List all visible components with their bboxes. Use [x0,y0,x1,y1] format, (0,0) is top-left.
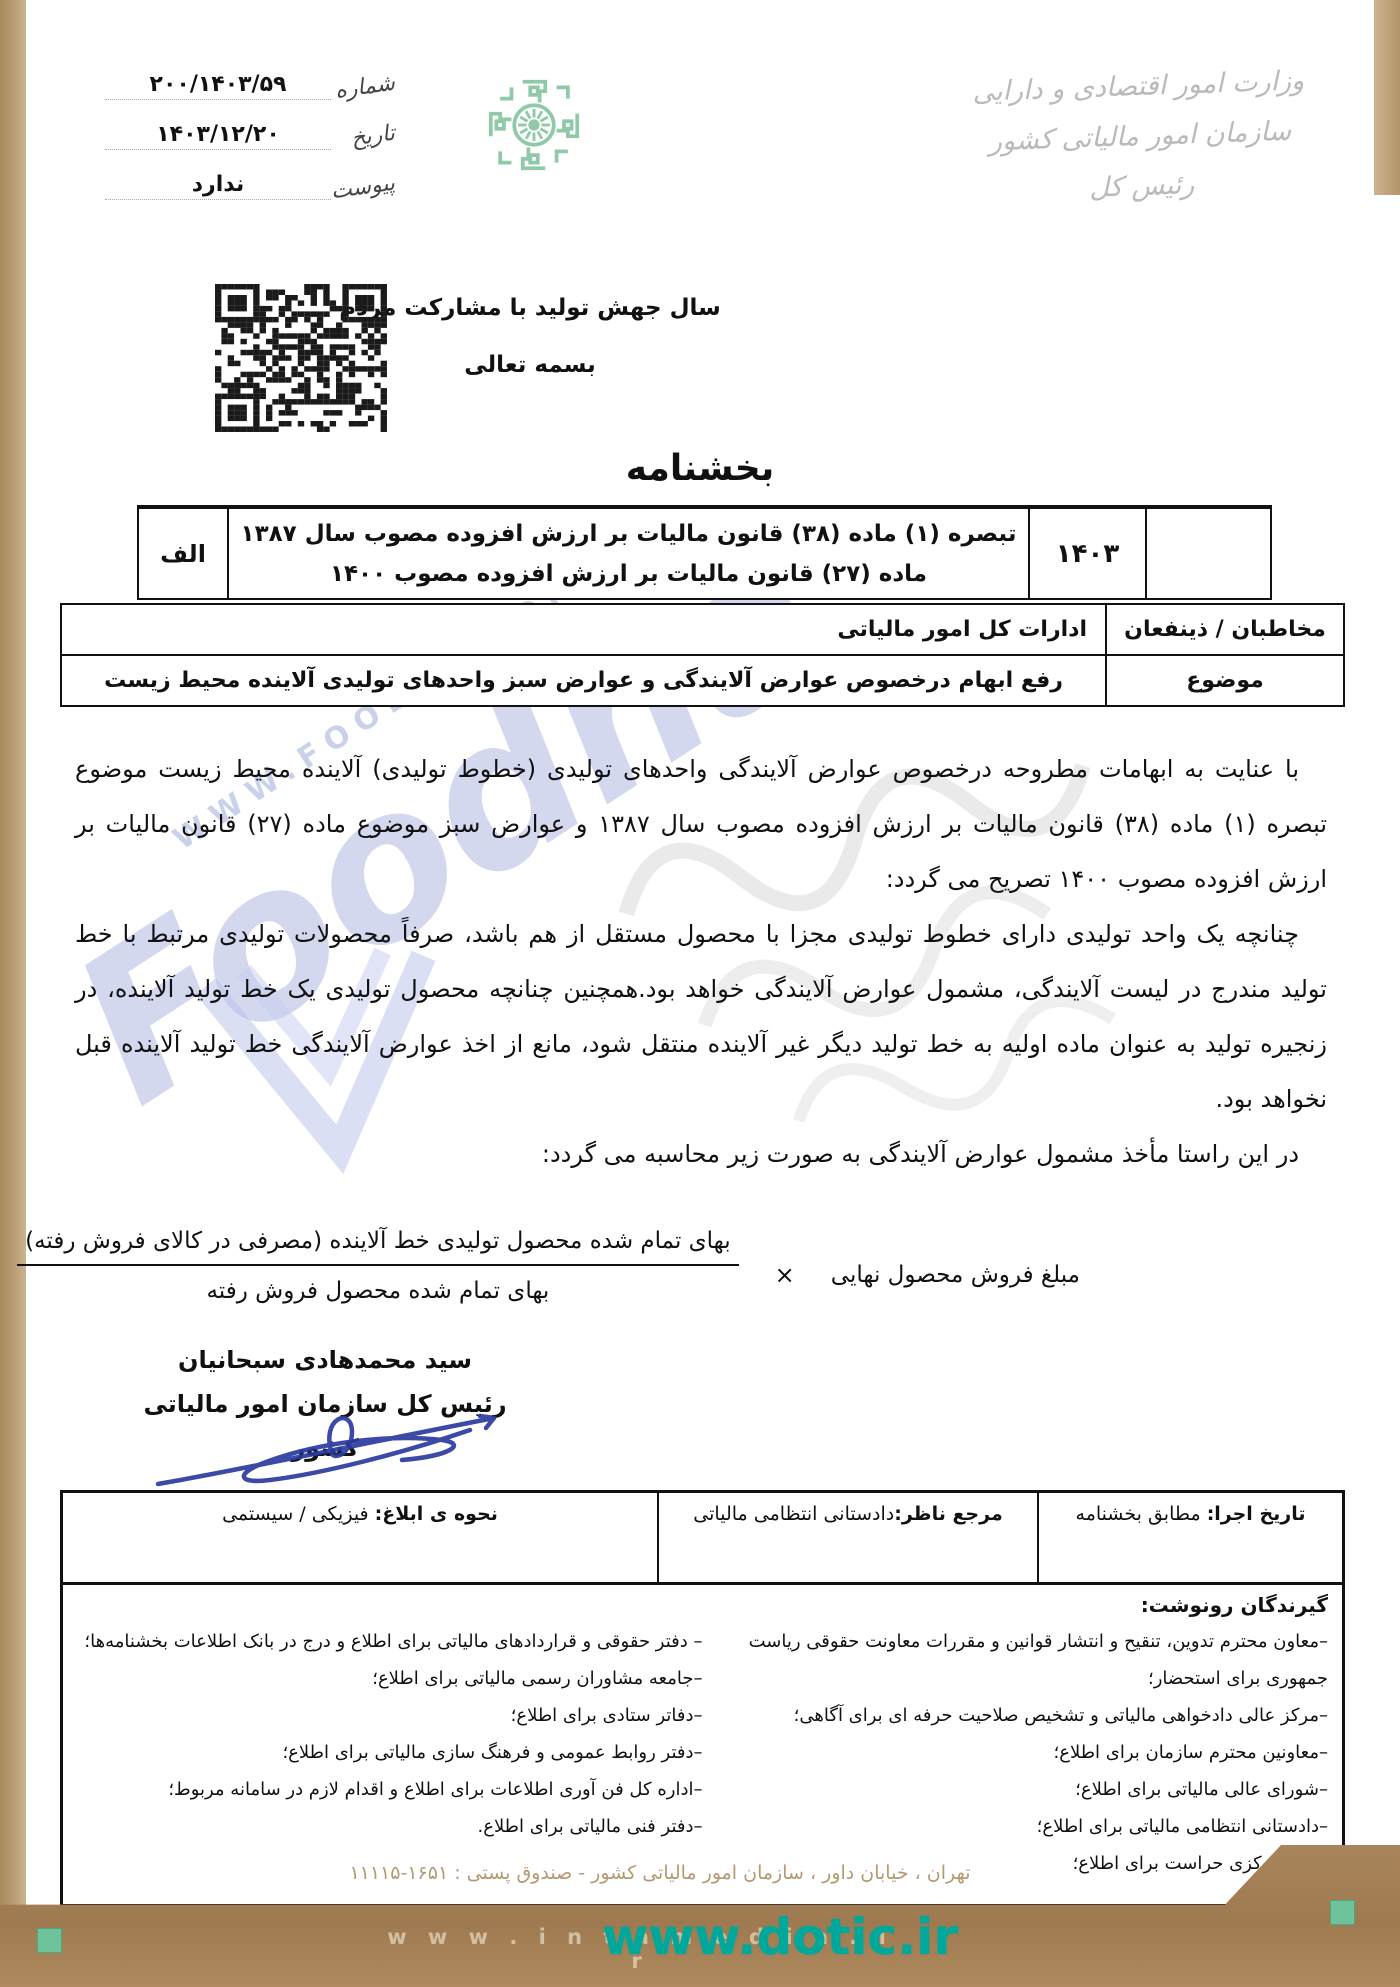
date-value: ۱۴۰۳/۱۲/۲۰ [105,122,331,150]
body-paragraph-2: چنانچه یک واحد تولیدی دارای خطوط تولیدی … [75,907,1327,1127]
date-row: تاریخ ۱۴۰۳/۱۲/۲۰ [105,122,395,150]
audience-row: مخاطبان / ذینفعان ادارات کل امور مالیاتی [62,605,1343,656]
meta-table: مخاطبان / ذینفعان ادارات کل امور مالیاتی… [60,603,1345,707]
notification-method-label: نحوه ی ابلاغ: [375,1503,498,1525]
formula-denominator: بهای تمام شده محصول فروش رفته [206,1266,549,1304]
document-title: بخشنامه [0,448,1400,489]
bismillah-text: بسمه تعالی [0,352,1060,378]
cc-section: گیرندگان رونوشت: –معاون محترم تدوین، تنق… [63,1585,1342,1904]
attachment-value: ندارد [105,172,331,200]
cc-item: –مرکز عالی دادخواهی مالیاتی و تشخیص صلاح… [703,1697,1329,1734]
number-row: شماره ۲۰۰/۱۴۰۳/۵۹ [105,72,395,100]
attachment-label: پیوست [330,171,397,205]
audience-value: ادارات کل امور مالیاتی [62,605,1105,654]
supervisor-cell: مرجع ناظر:دادستانی انتظامی مالیاتی [657,1493,1037,1582]
multiplication-sign: × [775,1243,795,1289]
execution-date-value: مطابق بخشنامه [1076,1503,1207,1525]
attachment-row: پیوست ندارد [105,172,395,200]
cc-item: –معاون محترم تدوین، تنقیح و انتشار قوانی… [703,1623,1329,1697]
document-meta-block: شماره ۲۰۰/۱۴۰۳/۵۹ تاریخ ۱۴۰۳/۱۲/۲۰ پیوست… [105,72,395,222]
dotic-watermark: www.dotic.ir [560,1908,1000,1966]
cc-item: –معاونین محترم سازمان برای اطلاع؛ [703,1734,1329,1771]
header-subject-line1: تبصره (۱) ماده (۳۸) قانون مالیات بر ارزش… [241,514,1017,554]
formula-multiplicand: مبلغ فروش محصول نهایی [831,1244,1080,1288]
body-paragraph-3: در این راستا مأخذ مشمول عوارض آلایندگی ب… [75,1127,1327,1182]
cc-item: –اداره کل فن آوری اطلاعات برای اطلاع و ا… [77,1771,703,1808]
header-table-year: ۱۴۰۳ [1028,509,1145,598]
header-table-subject: تبصره (۱) ماده (۳۸) قانون مالیات بر ارزش… [227,509,1028,598]
right-border-strip [1374,0,1400,195]
subject-value: رفع ابهام درخصوص عوارض آلایندگی و عوارض … [62,656,1105,705]
signatory-name: سید محمدهادی سبحانیان [135,1338,515,1382]
number-label: شماره [330,71,397,105]
cc-header: گیرندگان رونوشت: [77,1593,1328,1617]
subject-row: موضوع رفع ابهام درخصوص عوارض آلایندگی و … [62,656,1343,705]
green-registration-mark-right [1330,1900,1355,1925]
qr-code [215,284,387,432]
letterhead-calligraphy: وزارت امور اقتصادی و دارایی سازمان امور … [947,55,1332,218]
body-paragraph-1: با عنایت به ابهامات مطروحه درخصوص عوارض … [75,742,1327,907]
audience-label: مخاطبان / ذینفعان [1105,605,1343,654]
scanned-circular-page: WWW.FOODNA.COM Foodna وزارت امور اقتصادی… [0,0,1400,1987]
header-table-classification: الف [139,509,227,598]
supervisor-label: مرجع ناظر: [894,1503,1002,1525]
cc-item: –دفتر روابط عمومی و فرهنگ سازی مالیاتی ب… [77,1734,703,1771]
footer-table: تاریخ اجرا: مطابق بخشنامه مرجع ناظر:دادس… [60,1490,1345,1907]
notification-method-value: فیزیکی / سیستمی [222,1503,375,1525]
cc-columns: –معاون محترم تدوین، تنقیح و انتشار قوانی… [77,1623,1328,1882]
number-value: ۲۰۰/۱۴۰۳/۵۹ [105,72,331,100]
execution-date-cell: تاریخ اجرا: مطابق بخشنامه [1037,1493,1342,1582]
notification-method-cell: نحوه ی ابلاغ: فیزیکی / سیستمی [63,1493,657,1582]
cc-item: – دفتر حقوقی و قراردادهای مالیاتی برای ا… [77,1623,703,1660]
cc-item: –دفاتر ستادی برای اطلاع؛ [77,1697,703,1734]
cc-item: –جامعه مشاوران رسمی مالیاتی برای اطلاع؛ [77,1660,703,1697]
info-row: تاریخ اجرا: مطابق بخشنامه مرجع ناظر:دادس… [63,1493,1342,1585]
cc-item: –شورای عالی مالیاتی برای اطلاع؛ [703,1771,1329,1808]
formula-numerator: بهای تمام شده محصول تولیدی خط آلاینده (م… [17,1228,739,1266]
tax-administration-emblem-icon [487,70,581,180]
handwritten-signature [150,1392,500,1502]
footer-address: تهران ، خیابان داور ، سازمان امور مالیات… [120,1862,1200,1884]
pollution-levy-formula: مبلغ فروش محصول نهایی × بهای تمام شده مح… [230,1228,1080,1304]
execution-date-label: تاریخ اجرا: [1207,1503,1306,1525]
cc-left-column: – دفتر حقوقی و قراردادهای مالیاتی برای ا… [77,1623,703,1882]
formula-fraction: بهای تمام شده محصول تولیدی خط آلاینده (م… [17,1228,739,1304]
header-table: ۱۴۰۳ تبصره (۱) ماده (۳۸) قانون مالیات بر… [137,505,1272,600]
date-label: تاریخ [330,121,397,155]
header-subject-line2: ماده (۲۷) قانون مالیات بر ارزش افزوده مص… [330,554,927,594]
supervisor-value: دادستانی انتظامی مالیاتی [693,1503,894,1525]
subject-label: موضوع [1105,656,1343,705]
green-registration-mark-left [37,1928,62,1953]
cc-item: –دادستانی انتظامی مالیاتی برای اطلاع؛ [703,1808,1329,1845]
body-text: با عنایت به ابهامات مطروحه درخصوص عوارض … [75,742,1327,1182]
year-slogan: سال جهش تولید با مشارکت مردم [0,295,1060,321]
header-table-empty-cell [1145,509,1270,598]
cc-right-column: –معاون محترم تدوین، تنقیح و انتشار قوانی… [703,1623,1329,1882]
cc-item: –دفتر فنی مالیاتی برای اطلاع. [77,1808,703,1845]
